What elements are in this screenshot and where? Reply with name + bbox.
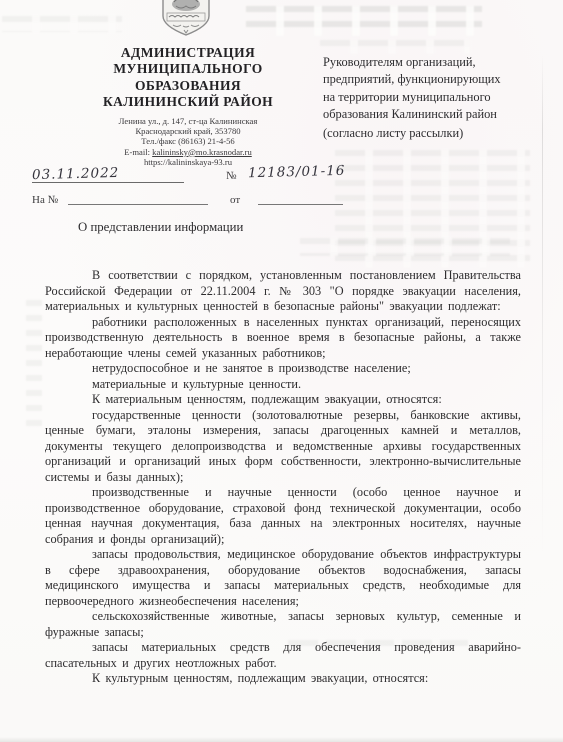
- reference-row-incoming: На № от: [30, 192, 330, 210]
- body-paragraph: работники расположенных в населенных пун…: [45, 315, 521, 362]
- body-paragraph: государственные ценности (золотовалютные…: [45, 408, 521, 486]
- email-address: kalininsky@mo.krasnodar.ru: [152, 147, 252, 157]
- org-name-line: МУНИЦИПАЛЬНОГО: [38, 61, 338, 77]
- org-name-block: АДМИНИСТРАЦИЯ МУНИЦИПАЛЬНОГО ОБРАЗОВАНИЯ…: [38, 45, 338, 110]
- body-paragraph: материальные и культурные ценности.: [45, 377, 521, 393]
- bleedthrough-text: [26, 300, 42, 430]
- number-sign-label: №: [226, 170, 237, 182]
- body-paragraph: запасы материальных средств для обеспече…: [45, 640, 521, 671]
- recipient-line: на территории муниципального: [323, 89, 538, 106]
- bleedthrough-text: [246, 6, 482, 36]
- body-paragraph: К материальным ценностям, подлежащим эва…: [45, 392, 521, 408]
- incoming-number-label: На №: [32, 194, 58, 206]
- body-paragraph: В соответствии с порядком, установленным…: [45, 268, 521, 315]
- body-paragraph: нетрудоспособное и не занятое в производ…: [45, 361, 521, 377]
- body-paragraph: К культурным ценностям, подлежащим эваку…: [45, 671, 521, 687]
- recipient-block: Руководителям организаций, предприятий, …: [323, 54, 538, 124]
- scan-bottom-shadow: [0, 737, 563, 742]
- bleedthrough-text: [2, 16, 122, 32]
- date-field: 03.11.2022: [32, 166, 184, 183]
- body-paragraph: запасы продовольствия, медицинское обору…: [45, 547, 521, 609]
- reference-row-outgoing: 03.11.2022 № 12183/01-16: [30, 166, 330, 186]
- email-label: E-mail:: [124, 147, 150, 157]
- org-name-line: КАЛИНИНСКИЙ РАЙОН: [38, 94, 338, 110]
- email-line: E-mail: kalininsky@mo.krasnodar.ru: [38, 147, 338, 157]
- incoming-date-blank: [258, 204, 343, 205]
- recipient-line: образования Калининский район: [323, 106, 538, 123]
- org-address-block: Ленина ул., д. 147, ст-ца Калининская Кр…: [38, 116, 338, 167]
- from-label: от: [230, 194, 240, 206]
- bleedthrough-text: [320, 40, 470, 54]
- subject-line: О представлении информации: [78, 220, 243, 235]
- scan-edge-artifact: [542, 55, 543, 555]
- address-line: Тел./факс (86163) 21-4-56: [38, 136, 338, 146]
- scanned-letter-page: АДМИНИСТРАЦИЯ МУНИЦИПАЛЬНОГО ОБРАЗОВАНИЯ…: [0, 0, 563, 742]
- org-name-line: АДМИНИСТРАЦИЯ: [38, 45, 338, 61]
- recipient-line: Руководителям организаций,: [323, 54, 538, 71]
- body-paragraph: производственные и научные ценности (осо…: [45, 485, 521, 547]
- coat-of-arms-icon: [160, 0, 212, 37]
- distribution-note: (согласно листу рассылки): [323, 126, 538, 141]
- address-line: Ленина ул., д. 147, ст-ца Калининская: [38, 116, 338, 126]
- org-name-line: ОБРАЗОВАНИЯ: [38, 78, 338, 94]
- letter-body: В соответствии с порядком, установленным…: [45, 268, 521, 687]
- recipient-line: предприятий, функционирующих: [323, 71, 538, 88]
- handwritten-date: 03.11.2022: [32, 165, 120, 183]
- body-paragraph: сельскохозяйственные животные, запасы зе…: [45, 609, 521, 640]
- outgoing-number-field: 12183/01-16: [248, 164, 368, 182]
- address-line: Краснодарский край, 353780: [38, 126, 338, 136]
- bleedthrough-text: [300, 238, 510, 256]
- incoming-number-blank: [68, 204, 208, 205]
- handwritten-number: 12183/01-16: [248, 163, 346, 182]
